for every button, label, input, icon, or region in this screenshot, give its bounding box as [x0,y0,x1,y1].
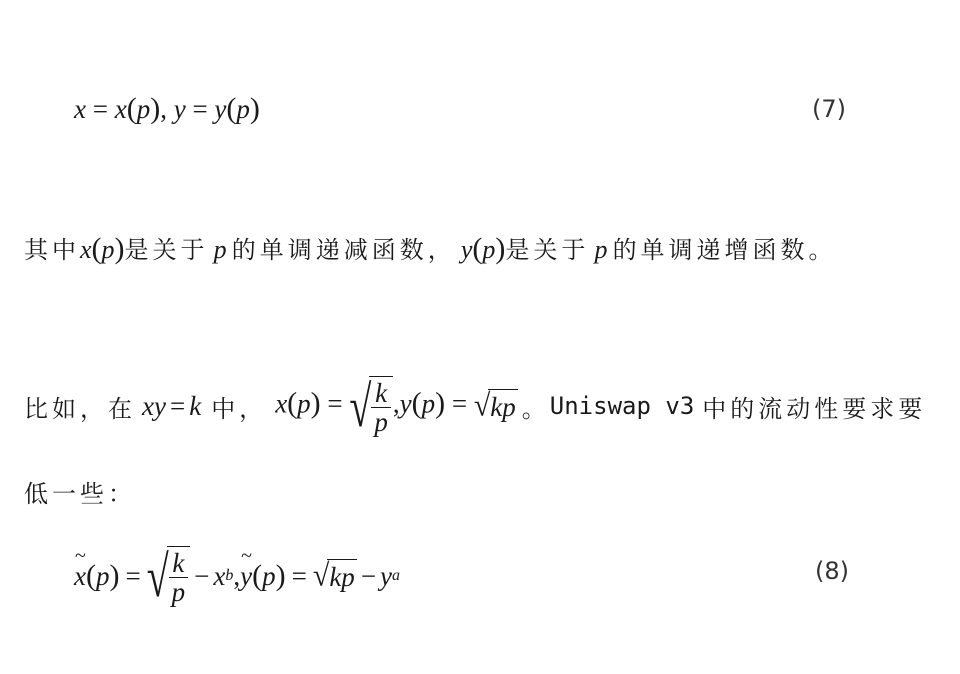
var-x: x [275,388,287,418]
minus-sign: − [194,561,209,592]
paren-open: ( [287,386,297,419]
paren-open: ( [412,386,422,419]
equation-number-7: (7) [812,95,846,123]
paren-close: ) [115,232,125,265]
radical-icon: √ [147,542,169,610]
equals-sign: = [192,94,207,124]
var-p: p [594,235,607,264]
sqrt-k-over-p: √kp [349,376,392,437]
equals-sign: = [292,561,307,592]
text: 是关于 [505,236,589,264]
fraction: kp [371,379,391,437]
var-x: x [213,561,225,592]
equals-sign: = [170,391,185,422]
fraction: kp [169,549,189,607]
equation-7: x = x(p), y = y(p) [74,92,260,126]
var-y: y [461,235,473,264]
equation-number-8: (8) [815,557,849,585]
paragraph-example-line2: 低一些： [24,474,136,509]
var-x-tilde: x [74,561,86,592]
var-y: y [380,561,392,592]
equals-sign: = [452,388,467,418]
var-p: p [102,235,115,264]
var-x: x [115,94,127,124]
paren-close: ) [495,232,505,265]
var-y: y [174,94,186,124]
var-p: p [236,94,250,124]
minus-sign: − [361,561,376,592]
paren-close: ) [150,92,160,125]
equals-sign: = [93,94,108,124]
text: 其中 [24,236,80,264]
comma: , [393,388,400,418]
numerator: k [372,379,390,407]
var-p: p [482,235,495,264]
radical-icon: √ [313,559,329,595]
var-y-tilde: y [240,561,252,592]
var-p: p [262,561,276,592]
paren-close: ) [435,386,445,419]
paragraph-monotonic: 其中x(p)是关于 p 的单调递减函数， y(p)是关于 p 的单调递增函数。 [24,230,837,266]
sqrt-k-over-p: √kp [147,546,190,607]
var-x: x [80,235,92,264]
radical-icon: √ [474,389,490,425]
text: 。 [522,389,550,424]
sqrt-kp: √kp [474,389,518,424]
var-x: x [74,94,86,124]
denominator: p [371,408,391,436]
paren-open: ( [92,232,102,265]
paren-open: ( [252,559,262,593]
equals-sign: = [125,561,140,592]
var-p: p [214,235,227,264]
sqrt-kp: √kp [313,559,357,594]
radical-icon: √ [349,372,371,440]
text: 的单调递减函数， [232,236,456,264]
paren-open: ( [86,559,96,593]
text: 中的流动性要求要 [702,389,926,424]
paren-close: ) [109,559,119,593]
var-p: p [422,388,436,418]
text-uniswap: Uniswap v3 [550,392,695,420]
var-y: y [214,94,226,124]
text: 的单调递增函数。 [613,236,837,264]
text: 是关于 [125,236,209,264]
equation-8: x(p) = √kp − xb, y(p) = √kp − ya [74,536,400,616]
paren-open: ( [226,92,236,125]
var-y: y [400,388,412,418]
subscript-a: a [392,567,400,585]
text: 比如，在 [24,389,136,424]
paren-close: ) [276,559,286,593]
paragraph-example: 比如，在 xy = k 中， x(p) = √kp,y(p) = √kp 。 U… [24,368,926,444]
equals-sign: = [327,388,342,418]
paren-open: ( [472,232,482,265]
subscript-b: b [225,567,233,585]
var-p: p [96,561,110,592]
var-k: k [189,391,201,422]
numerator: k [169,549,187,577]
paren-close: ) [311,386,321,419]
var-xy: xy [142,391,166,422]
denominator: p [169,578,189,606]
comma: , [160,94,167,124]
var-p: p [137,94,151,124]
formula-example: x(p) = √kp,y(p) = √kp [275,376,518,437]
var-p: p [297,388,311,418]
paren-close: ) [250,92,260,125]
paren-open: ( [127,92,137,125]
text: 中， [211,389,267,424]
